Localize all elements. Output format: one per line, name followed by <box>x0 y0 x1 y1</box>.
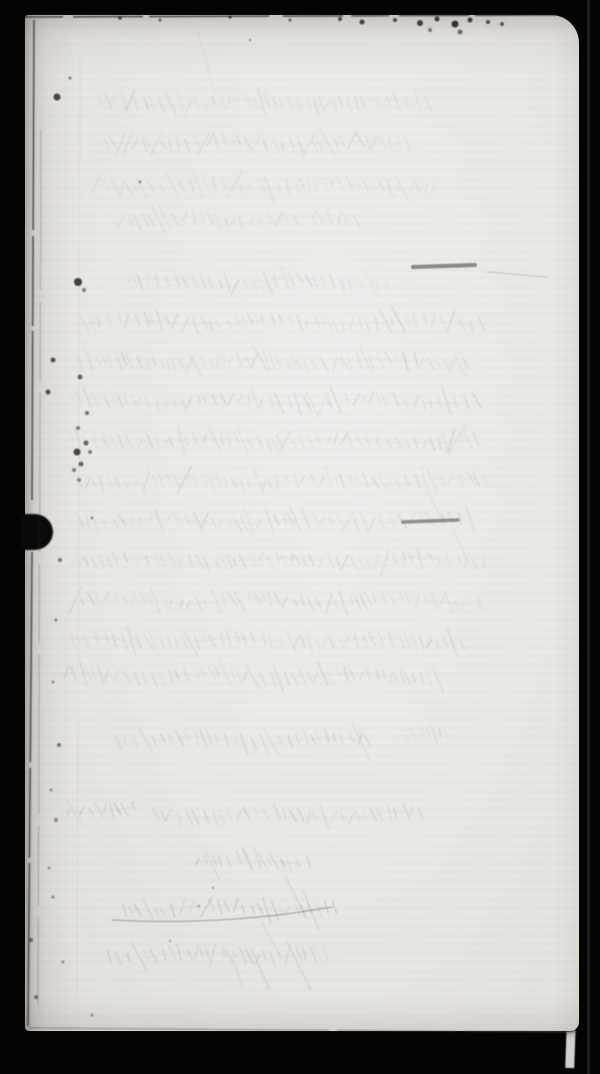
manuscript-page <box>25 15 579 1031</box>
scanner-bed-background <box>0 0 600 1074</box>
scan-viewport: { "scene": { "width": 600, "height": 107… <box>0 0 600 1074</box>
scanner-edge-line <box>587 0 590 1074</box>
